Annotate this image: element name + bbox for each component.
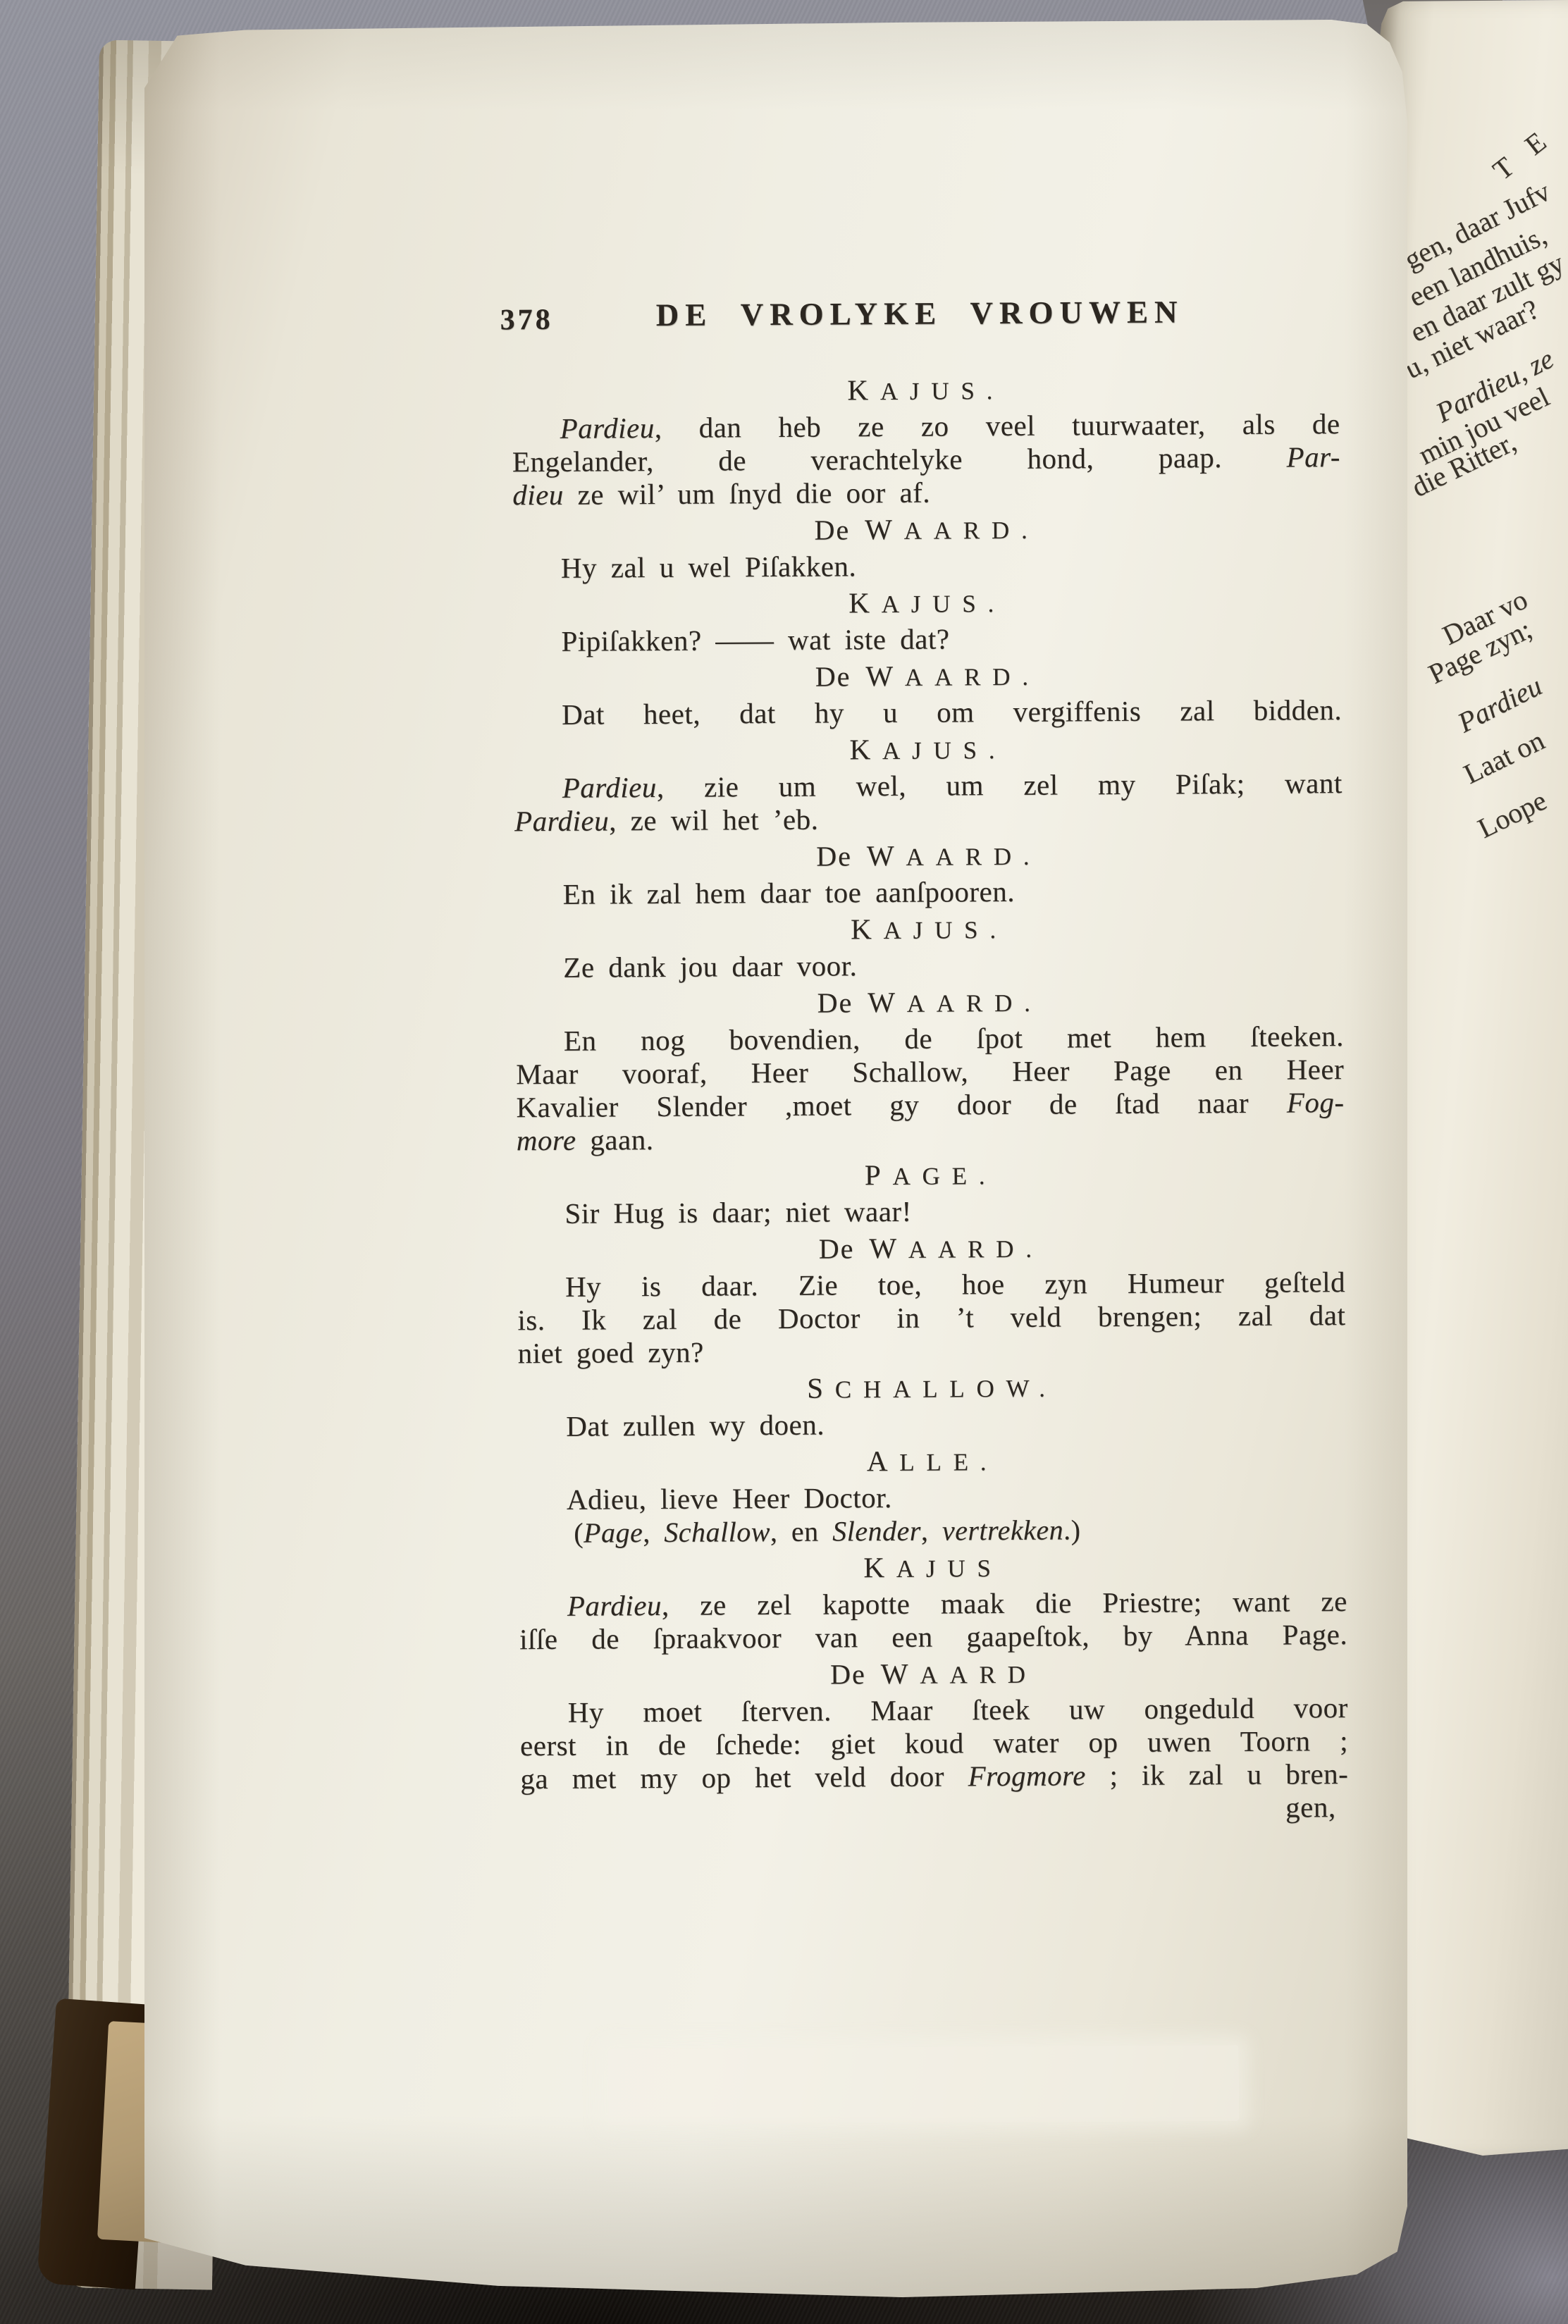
speaker-name: KAJUS.	[849, 732, 1006, 767]
speaker-heading: De WAARD.	[514, 657, 1342, 696]
speaker-name: SCHALLOW.	[807, 1371, 1057, 1407]
text-segment: , ze zel kapotte maak die Priestre; want…	[662, 1585, 1347, 1621]
play-line: niet goed zyn?	[518, 1332, 1346, 1370]
text-segment: niet goed zyn?	[518, 1336, 704, 1370]
text-segment: iſſe de ſpraakvoor van een gaapeſtok, by…	[519, 1618, 1347, 1655]
italic-text-segment: Pardieu	[514, 804, 609, 837]
italic-text-segment: Page	[584, 1516, 643, 1549]
text-segment: Sir Hug is daar; niet waar!	[564, 1195, 912, 1230]
speaker-prefix: De	[815, 660, 866, 692]
text-segment: Dat zullen wy doen.	[566, 1409, 825, 1442]
text-segment: (	[574, 1517, 584, 1549]
text-segment: .)	[1063, 1514, 1081, 1545]
play-line: ga met my op het veld door Frogmore ; ik…	[520, 1757, 1348, 1795]
page-content: 378 DE VROLYKE VROUWEN KAJUS.Pardieu, da…	[137, 16, 1414, 2301]
text-segment: Dat heet, dat hy u om vergiffenis zal bi…	[562, 693, 1342, 731]
play-line: Dat zullen wy doen.	[518, 1405, 1346, 1443]
text-segment: Maar vooraf, Heer Schallow, Heer Page en…	[516, 1053, 1344, 1090]
text-segment: is. Ik zal de Doctor in ’t veld brengen;…	[517, 1299, 1345, 1336]
speaker-heading: KAJUS	[519, 1548, 1347, 1588]
adjacent-page-text-fragment: T E	[1486, 120, 1559, 187]
text-segment: , dan heb ze zo veel tuurwaater, als de	[655, 407, 1340, 444]
play-line: Engelander, de verachtelyke hond, paap. …	[512, 440, 1340, 478]
page-header: 378 DE VROLYKE VROUWEN	[140, 292, 1402, 351]
speaker-name: WAARD	[881, 1657, 1037, 1692]
play-line: Hy moet ſterven. Maar ſteek uw ongeduld …	[520, 1691, 1348, 1729]
play-line: En ik zal hem daar toe aanſpooren.	[515, 873, 1343, 911]
photo-of-open-book: T Egen, daar Jufveen landhuis,en daar zu…	[0, 0, 1568, 2324]
speaker-prefix: De	[816, 840, 867, 872]
text-segment: eerst in de ſchede: giet koud water op u…	[520, 1724, 1348, 1762]
italic-text-segment: Fog-	[1287, 1086, 1345, 1118]
adjacent-page-text-fragment: Loope	[1472, 784, 1551, 845]
play-line: Pardieu, dan heb ze zo veel tuurwaater, …	[512, 407, 1340, 445]
text-segment: gen,	[1285, 1791, 1336, 1823]
speaker-name: WAARD.	[865, 512, 1039, 548]
speaker-heading: De WAARD.	[512, 510, 1340, 550]
play-line: Adieu, lieve Heer Doctor.	[519, 1478, 1347, 1516]
speaker-heading: De WAARD.	[517, 1229, 1345, 1268]
text-segment: Hy is daar. Zie toe, hoe zyn Humeur geſt…	[565, 1266, 1345, 1303]
text-segment: ,	[921, 1515, 942, 1547]
play-line: iſſe de ſpraakvoor van een gaapeſtok, by…	[519, 1618, 1347, 1656]
play-line: is. Ik zal de Doctor in ’t veld brengen;…	[517, 1299, 1345, 1337]
speaker-name: KAJUS.	[848, 586, 1006, 621]
italic-text-segment: Pardieu	[560, 412, 655, 445]
speaker-heading: KAJUS.	[514, 730, 1342, 769]
speaker-heading: KAJUS.	[513, 583, 1341, 623]
speaker-name: WAARD.	[867, 839, 1042, 874]
speaker-prefix: De	[830, 1658, 881, 1690]
catchword: gen,	[521, 1791, 1349, 1829]
stage-direction: (Page, Schallow, en Slender, vertrekken.…	[519, 1512, 1347, 1550]
speaker-name: KAJUS.	[851, 912, 1008, 947]
text-segment: gaan.	[576, 1123, 653, 1156]
text-segment: Engelander, de verachtelyke hond, paap.	[512, 441, 1287, 478]
text-segment: ze wil’ um ſnyd die oor af.	[564, 476, 931, 511]
speaker-heading: De WAARD.	[514, 836, 1342, 876]
speaker-heading: SCHALLOW.	[518, 1368, 1346, 1408]
play-line: En nog bovendien, de ſpot met hem ſteeke…	[516, 1020, 1344, 1058]
play-text-block: KAJUS.Pardieu, dan heb ze zo veel tuurwa…	[512, 367, 1349, 1829]
play-line: more gaan.	[517, 1119, 1345, 1157]
play-line: Pardieu, ze wil het ’eb.	[514, 800, 1342, 838]
speaker-name: WAARD.	[868, 985, 1042, 1021]
speaker-heading: KAJUS.	[512, 371, 1340, 410]
speaker-prefix: De	[819, 1232, 870, 1264]
play-line: dieu ze wil’ um ſnyd die oor af.	[512, 474, 1340, 512]
speaker-heading: ALLE.	[518, 1442, 1346, 1481]
text-segment: Hy zal u wel Piſakken.	[561, 550, 857, 584]
italic-text-segment: dieu	[512, 478, 564, 511]
play-line: eerst in de ſchede: giet koud water op u…	[520, 1724, 1348, 1762]
text-segment: , en	[770, 1516, 833, 1548]
text-segment: Hy moet ſterven. Maar ſteek uw ongeduld …	[568, 1691, 1348, 1729]
play-line: Hy is daar. Zie toe, hoe zyn Humeur geſt…	[517, 1266, 1345, 1304]
italic-text-segment: Slender	[832, 1515, 921, 1547]
italic-text-segment: Par-	[1286, 440, 1340, 473]
speaker-name: WAARD.	[869, 1231, 1044, 1267]
page-number: 378	[500, 303, 553, 337]
text-segment: ga met my op het veld door	[520, 1760, 968, 1795]
italic-text-segment: Frogmore	[968, 1759, 1086, 1792]
text-segment: Adieu, lieve Heer Doctor.	[567, 1481, 892, 1516]
play-line: Ze dank jou daar voor.	[515, 946, 1343, 984]
text-segment: ,	[643, 1516, 664, 1548]
text-segment: Ze dank jou daar voor.	[563, 949, 857, 984]
text-segment: En ik zal hem daar toe aanſpooren.	[563, 875, 1016, 910]
speaker-name: KAJUS.	[847, 373, 1004, 408]
speaker-name: KAJUS	[863, 1550, 1003, 1586]
italic-text-segment: Pardieu	[567, 1589, 662, 1622]
text-segment: ; ik zal u bren-	[1086, 1757, 1349, 1791]
play-line: Kavalier Slender ,moet gy door de ſtad n…	[516, 1086, 1344, 1124]
play-line: Sir Hug is daar; niet waar!	[517, 1192, 1345, 1230]
speaker-prefix: De	[817, 987, 868, 1018]
running-title: DE VROLYKE VROUWEN	[601, 293, 1239, 334]
play-line: Pipiſakken? —— wat iste dat?	[513, 620, 1341, 658]
book-page: 378 DE VROLYKE VROUWEN KAJUS.Pardieu, da…	[144, 20, 1407, 2297]
text-segment: En nog bovendien, de ſpot met hem ſteeke…	[564, 1020, 1344, 1057]
play-line: Pardieu, zie um wel, um zel my Piſak; wa…	[514, 767, 1342, 805]
italic-text-segment: vertrekken	[942, 1514, 1064, 1547]
italic-text-segment: Schallow	[664, 1516, 770, 1548]
play-line: Hy zal u wel Piſakken.	[513, 547, 1341, 585]
speaker-name: ALLE.	[867, 1444, 999, 1479]
speaker-prefix: De	[814, 514, 865, 545]
redaction-blur-patch	[608, 2045, 1240, 2125]
text-segment: Pipiſakken? —— wat iste dat?	[561, 622, 949, 657]
italic-text-segment: Pardieu	[562, 771, 657, 804]
speaker-heading: De WAARD.	[516, 983, 1344, 1022]
speaker-name: WAARD.	[865, 659, 1040, 695]
play-line: Pardieu, ze zel kapotte maak die Priestr…	[519, 1585, 1347, 1623]
text-segment: , ze wil het ’eb.	[609, 803, 819, 837]
speaker-heading: De WAARD	[519, 1655, 1347, 1694]
italic-text-segment: more	[517, 1124, 576, 1157]
text-segment: Kavalier Slender ,moet gy door de ſtad n…	[516, 1087, 1287, 1124]
play-line: Dat heet, dat hy u om vergiffenis zal bi…	[514, 693, 1342, 731]
speaker-heading: KAJUS.	[515, 910, 1343, 949]
speaker-name: PAGE.	[865, 1158, 997, 1193]
text-segment: , zie um wel, um zel my Piſak; want	[657, 767, 1342, 803]
play-line: Maar vooraf, Heer Schallow, Heer Page en…	[516, 1053, 1344, 1091]
speaker-heading: PAGE.	[517, 1156, 1345, 1195]
